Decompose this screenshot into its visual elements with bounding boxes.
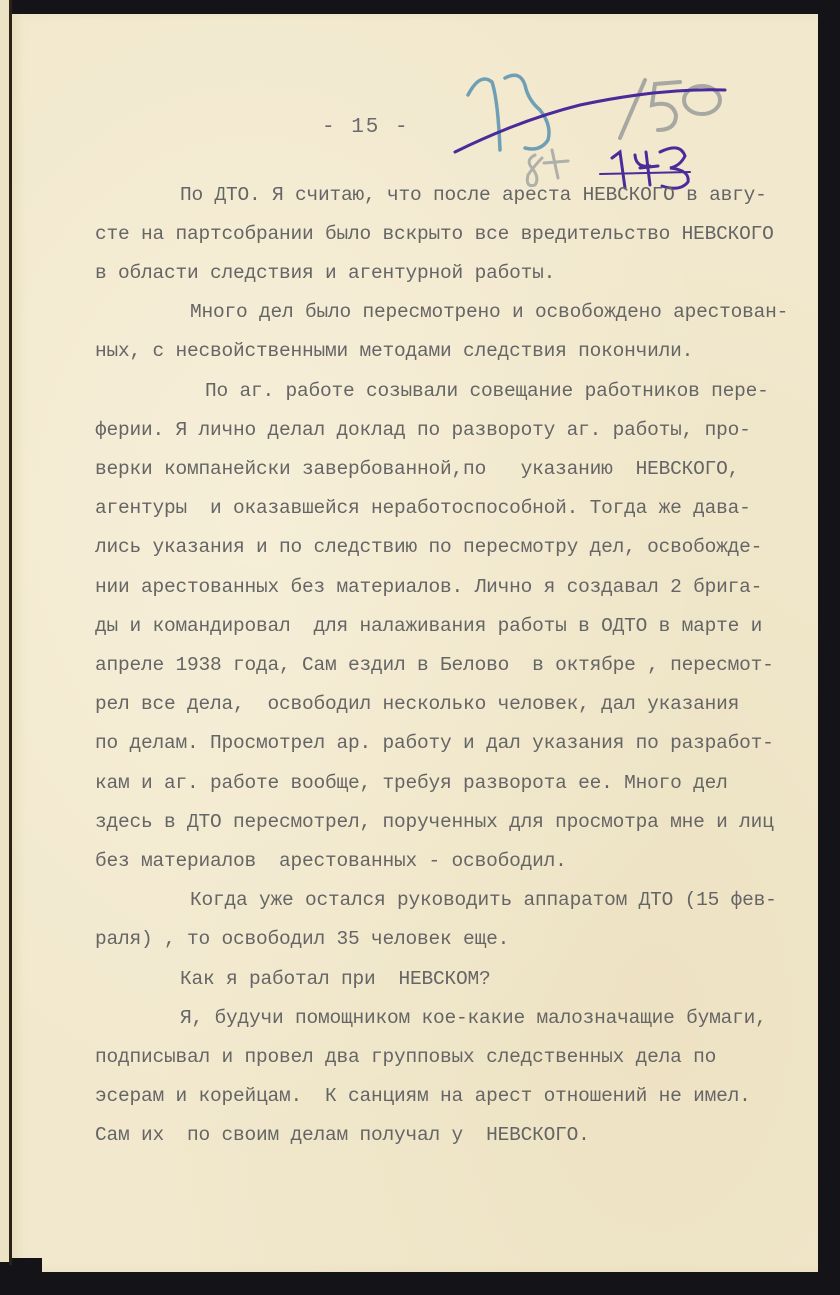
text-line: верки компанейски завербованной,по указа… — [95, 454, 739, 484]
text-line: Много дел было пересмотрено и освобожден… — [190, 297, 788, 327]
torn-corner — [12, 1258, 42, 1272]
text-line: в области следствия и агентурной работы. — [95, 258, 555, 288]
text-line: Как я работал при НЕВСКОМ? — [180, 964, 491, 994]
text-line: Сам их по своим делам получал у НЕВСКОГО… — [95, 1120, 590, 1150]
text-line: сте на партсобрании было вскрыто все вре… — [95, 219, 774, 249]
text-line: ды и командировал для налаживания работы… — [95, 611, 762, 641]
text-line: апреле 1938 года, Сам ездил в Белово в о… — [95, 650, 774, 680]
text-line: подписывал и провел два групповых следст… — [95, 1042, 716, 1072]
adjacent-page-edge — [0, 0, 9, 1262]
text-line: эсерам и корейцам. К санциям на арест от… — [95, 1081, 751, 1111]
text-line: раля) , то освободил 35 человек еще. — [95, 924, 509, 954]
text-line: по делам. Просмотрел ар. работу и дал ук… — [95, 728, 774, 758]
text-line: Я, будучи помощником кое-какие малознача… — [180, 1003, 767, 1033]
text-line: нии арестованных без материалов. Лично я… — [95, 572, 762, 602]
text-line: здесь в ДТО пересмотрел, порученных для … — [95, 807, 774, 837]
handwritten-annotations — [440, 60, 740, 190]
handwritten-annotation-drawing — [440, 60, 740, 190]
text-line: лись указания и по следствию по пересмот… — [95, 532, 762, 562]
text-line: агентуры и оказавшейся неработоспособной… — [95, 493, 751, 523]
text-line: По ДТО. Я считаю, что после ареста НЕВСК… — [180, 180, 767, 210]
text-line: ных, с несвойственными методами следстви… — [95, 336, 693, 366]
text-line: Когда уже остался руководить аппаратом Д… — [190, 885, 777, 915]
page-number: - 15 - — [322, 116, 410, 139]
text-line: По аг. работе созывали совещание работни… — [205, 376, 769, 406]
text-line: без материалов арестованных - освободил. — [95, 846, 567, 876]
text-line: кам и аг. работе вообще, требуя разворот… — [95, 768, 728, 798]
text-line: ферии. Я лично делал доклад по развороту… — [95, 415, 751, 445]
text-line: рел все дела, освободил несколько челове… — [95, 689, 739, 719]
